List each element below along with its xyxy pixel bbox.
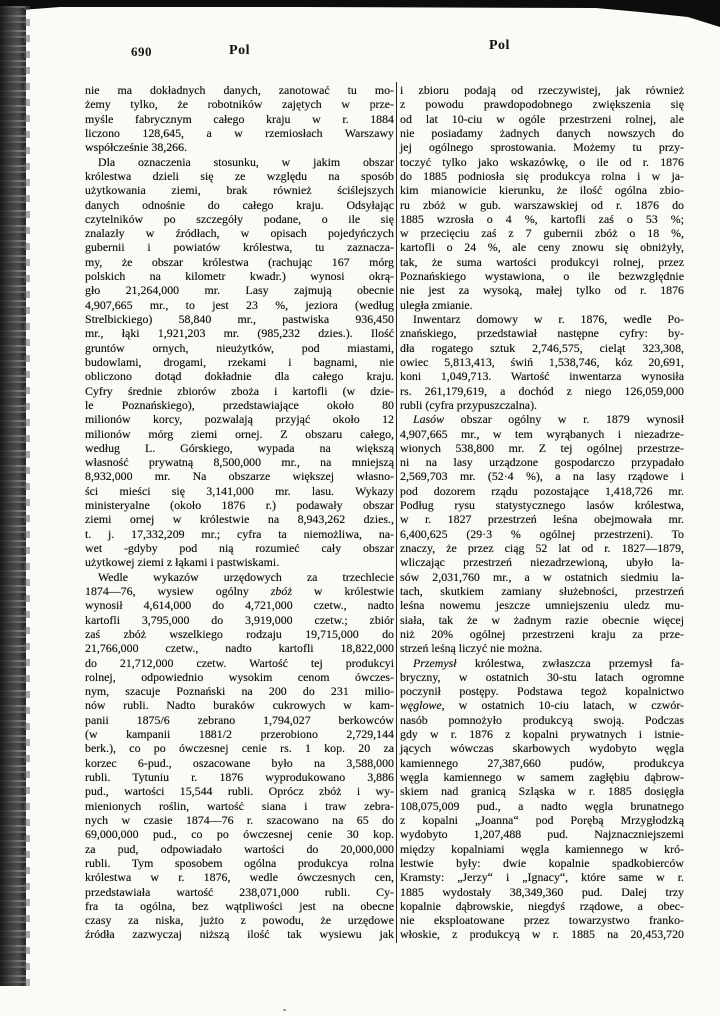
text-line: według L. Górskiego, wypada na większą — [85, 441, 394, 455]
text-line: ści mieści się 3,141,000 mr. lasu. Wykaz… — [85, 484, 394, 498]
text-line: nie jest za wysoką, małej tylko od r. 18… — [400, 283, 684, 297]
text-line: 1885 wydostały 38,349,360 pud. Dalej trz… — [400, 885, 684, 899]
text-line: kartofli 3,795,000 do 3,919,000 czetw.; … — [85, 613, 394, 627]
text-line: skiem nad granicą Szląska w r. 1885 dosi… — [400, 784, 684, 798]
text-line: niż 20% ogólnej przestrzeni kraju za prz… — [400, 627, 684, 641]
text-line: rs. 261,179,619, a dochód z niego 126,05… — [400, 384, 684, 398]
text-line: z kopalni „Joanna“ pod Porębą Mrzygłodzk… — [400, 813, 684, 827]
text-line: 69,000,000 pud., co po ówczesnej cenie 3… — [85, 827, 394, 841]
text-line: współcześnie 38,266. — [85, 140, 394, 154]
text-line: bryczny, w ostatnich 30-stu latach ogrom… — [400, 670, 684, 684]
paragraph: Przemysł królestwa, zwłaszcza przemysł f… — [400, 656, 684, 942]
text-line: kim mianowicie kierunku, że ilość ogólna… — [400, 183, 684, 197]
text-line: siała, tak że w żadnym razie obecnie wię… — [400, 613, 684, 627]
text-line: rubli. Tytuniu r. 1876 wyprodukowano 3,8… — [85, 770, 394, 784]
text-line: polskich na kilometr kwadr.) wynosi okrą… — [85, 269, 394, 283]
scan-speck — [283, 1009, 286, 1011]
text-line: wliczając przestrzeń niezadrzewioną, uby… — [400, 555, 684, 569]
text-line: rubli. Tym sposobem ogólna produkcya rol… — [85, 856, 394, 870]
text-line: danych odnośnie do całego kraju. Odsyłaj… — [85, 198, 394, 212]
text-line: znaczy, że przez ciąg 52 lat od r. 1827—… — [400, 541, 684, 555]
text-line: za pud, odpowiadało wartości do 20,000,0… — [85, 842, 394, 856]
text-line: toczyć tylko jako wskazówkę, o ile od r.… — [400, 155, 684, 169]
text-line: źródła zazwyczaj niższą ilość tak wysiew… — [85, 927, 394, 941]
text-line: uległa zmianie. — [400, 298, 684, 312]
text-line: Cyfry średnie zbiorów zboża i kartofli (… — [85, 384, 394, 398]
text-line: do 21,712,000 czetw. Wartość tej produkc… — [85, 656, 394, 670]
text-line: myśle fabrycznym całego kraju w r. 1884 — [85, 112, 394, 126]
text-line: fra ta ogólna, bez wątpliwości jest na o… — [85, 899, 394, 913]
text-line: tach, skutkiem zamiany służebności, prze… — [400, 584, 684, 598]
text-line: mienionych roślin, wartość siana i traw … — [85, 799, 394, 813]
text-line: zaś zbóż wszelkiego rodzaju 19,715,000 d… — [85, 627, 394, 641]
text-line: użytkowej ziemi z łąkami i pastwiskami. — [85, 555, 394, 569]
text-line: owiec 5,813,413, świń 1,538,746, kóz 20,… — [400, 355, 684, 369]
text-line: nie posiadamy żadnych danych nowszych do — [400, 126, 684, 140]
text-line: t. j. 17,332,209 mr.; cyfra ta niemożliw… — [85, 527, 394, 541]
text-line: milionów korcy, pozwalają przyjąć około … — [85, 412, 394, 426]
text-line: czytelników po szczegóły podane, o ile s… — [85, 212, 394, 226]
text-line: jej ogólnego sprostowania. Możemy tu prz… — [400, 140, 684, 154]
scan-edge-left — [0, 6, 26, 986]
text-line: (w kampanii 1881/2 przerobiono 2,729,144 — [85, 727, 394, 741]
text-line: strzeń leśną liczyć nie można. — [400, 641, 684, 655]
text-line: do 1885 podniosła się produkcya rolna i … — [400, 169, 684, 183]
text-line: królestwa w r. 1876, wedle ówczesnych ce… — [85, 870, 394, 884]
text-line: przedstawiała wartość 238,071,000 rubli.… — [85, 885, 394, 899]
text-line: 108,075,009 pud., a nadto węgla brunatne… — [400, 799, 684, 813]
text-line: budowlami, drogami, rzekami i bagnami, n… — [85, 355, 394, 369]
text-line: dła rogatego sztuk 2,746,575, cieląt 323… — [400, 341, 684, 355]
text-line: obliczono dotąd dokładnie dla całego kra… — [85, 369, 394, 383]
text-line: z powodu prawdopodobnego zwiększenia się — [400, 97, 684, 111]
text-line: nasób pomnożyło produkcyą swoją. Podczas — [400, 713, 684, 727]
text-line: węgla kamiennego w samem zagłębiu dąbrow… — [400, 770, 684, 784]
text-line: 2,569,703 mr. (52·4 %), a na lasy rządow… — [400, 469, 684, 483]
text-line: znalazły w źródłach, w opisach pojedyńcz… — [85, 226, 394, 240]
text-line: jących wówczas skarbowych wydobyto węgla — [400, 741, 684, 755]
text-line: Przemysł królestwa, zwłaszcza przemysł f… — [400, 656, 684, 670]
paragraph: Wedle wykazów urzędowych za trzechlecie1… — [85, 570, 394, 942]
text-line: rubli (cyfra przypuszczalna). — [400, 398, 684, 412]
text-line: nych w czasie 1874—76 r. szacowano na 65… — [85, 813, 394, 827]
text-line: leśna nowemu jeszcze umniejszeniu uledz … — [400, 598, 684, 612]
text-line: my, że obszar królestwa (rachując 167 mó… — [85, 255, 394, 269]
scan-edge-top — [0, 0, 720, 30]
text-line: królestwa dzieli się ze względu na sposó… — [85, 169, 394, 183]
text-line: lestwie były: dwie kopalnie spadkobiercó… — [400, 856, 684, 870]
paragraph: Lasów obszar ogólny w r. 1879 wynosił4,9… — [400, 412, 684, 655]
text-line: 4,907,665 mr., to jest 23 %, jeziora (we… — [85, 298, 394, 312]
text-line: gubernii i powiatów królestwa, tu zaznac… — [85, 240, 394, 254]
column-divider-rule — [396, 82, 397, 943]
text-line: 6,400,625 (29·3 % ogólnej przestrzeni). … — [400, 527, 684, 541]
text-column-left: nie ma dokładnych danych, zanotować tu m… — [85, 83, 394, 942]
text-line: pud., wartości 15,544 rubli. Oprócz zbóż… — [85, 784, 394, 798]
text-line: Kramsty: „Jerzy“ i „Ignacy“, które same … — [400, 870, 684, 884]
text-line: gło 21,264,000 mr. Lasy zajmują obecnie — [85, 283, 394, 297]
text-line: Dla oznaczenia stosunku, w jakim obszar — [85, 155, 394, 169]
text-line: poczynił postępy. Podstawa tegoż kopalni… — [400, 684, 684, 698]
text-line: Strelbickiego) 58,840 mr., pastwiska 936… — [85, 312, 394, 326]
text-line: sów 2,031,760 mr., a w ostatnich siedmiu… — [400, 570, 684, 584]
text-line: kopalnie dąbrowskie, niegdyś rządowe, a … — [400, 899, 684, 913]
text-line: węglowe, w ostatnich 10-ciu latach, w cz… — [400, 698, 684, 712]
text-line: 1885 wzrosła o 4 %, kartofli zaś o 53 %; — [400, 212, 684, 226]
text-line: użytkowania ziemi, brak również ściślejs… — [85, 183, 394, 197]
text-line: mr., łąki 1,921,203 mr. (985,232 dzies.)… — [85, 326, 394, 340]
text-line: koni 1,049,713. Wartość inwentarza wynos… — [400, 369, 684, 383]
text-line: wet -gdyby pod nią rozumieć cały obszar — [85, 541, 394, 555]
text-line: w przecięciu zaś z 7 gubernii zbóż o 18 … — [400, 226, 684, 240]
paragraph: i zbioru podają od rzeczywistej, jak rów… — [400, 83, 684, 312]
text-line: czasy za niska, jużto z powodu, że urzęd… — [85, 913, 394, 927]
running-head-left: Pol — [85, 43, 394, 59]
paragraph: nie ma dokładnych danych, zanotować tu m… — [85, 83, 394, 155]
text-line: le Poznańskiego), przedstawiające około … — [85, 398, 394, 412]
text-line: ni na lasy urządzone gospodarczo przypad… — [400, 455, 684, 469]
text-line: nie eksploatowane przez towarzystwo fran… — [400, 913, 684, 927]
text-line: liczono 128,645, a w rzemiosłach Warszaw… — [85, 126, 394, 140]
text-line: wionych 538,800 mr. Z tej ogólnej przest… — [400, 441, 684, 455]
text-line: korzec 6-pud., oszacowane było na 3,588,… — [85, 756, 394, 770]
text-line: ministeryalne (około 1876 r.) podawały o… — [85, 498, 394, 512]
text-line: nów rubli. Nadto buraków cukrowych w kam… — [85, 698, 394, 712]
text-line: między kopalniami węgla kamiennego w kró… — [400, 842, 684, 856]
text-line: gdy w r. 1876 z kopalni prywatnych i ist… — [400, 727, 684, 741]
text-line: rolnej, odpowiednio wysokim cenom ówczes… — [85, 670, 394, 684]
text-line: własność prywatną 8,500,000 mr., na mnie… — [85, 455, 394, 469]
text-line: pod dozorem rządu pozostające 1,418,726 … — [400, 484, 684, 498]
text-line: 8,932,000 mr. Na obszarze większej własn… — [85, 469, 394, 483]
text-line: milionów mórg ziemi ornej. Z obszaru cał… — [85, 427, 394, 441]
text-line: włoskie, z produkcyą w r. 1885 na 20,453… — [400, 927, 684, 941]
paragraph: Inwentarz domowy w r. 1876, wedle Po-zna… — [400, 312, 684, 412]
text-line: gruntów ornych, nieużytków, pod miastami… — [85, 341, 394, 355]
text-line: 1874—76, wysiew ogólny zbóż w królestwie — [85, 584, 394, 598]
text-line: Poznańskiego wystawiona, o ile bezwzględ… — [400, 269, 684, 283]
text-line: ru zbóż w gub. warszawskiej od r. 1876 d… — [400, 198, 684, 212]
text-line: berk.), co po ówczesnej cenie rs. 1 kop.… — [85, 741, 394, 755]
paragraph: Dla oznaczenia stosunku, w jakim obszark… — [85, 155, 394, 570]
text-line: wynosił 4,614,000 do 4,721,000 czetw., n… — [85, 598, 394, 612]
text-column-right: i zbioru podają od rzeczywistej, jak rów… — [400, 83, 684, 942]
text-line: tak, że suma wartości produkcyi rolnej, … — [400, 255, 684, 269]
text-line: panii 1875/6 zebrano 1,794,027 berkowców — [85, 713, 394, 727]
text-line: wydobyto 1,207,488 pud. Najznaczniejszem… — [400, 827, 684, 841]
text-line: od lat 10-ciu w ogóle przestrzeni rolnej… — [400, 112, 684, 126]
text-line: kartofli o 24 %, ale ceny znowu się obni… — [400, 240, 684, 254]
text-line: kamiennego 27,387,660 pudów, produkcya — [400, 756, 684, 770]
running-head-right: Pol — [489, 38, 510, 54]
text-line: w r. 1827 przestrzeń leśna obejmowała mr… — [400, 512, 684, 526]
text-line: Podług rysu statystycznego lasów królest… — [400, 498, 684, 512]
text-line: nym, szacuje Poznański na 200 do 231 mil… — [85, 684, 394, 698]
text-line: 4,907,665 mr., w tem wyrąbanych i niezad… — [400, 427, 684, 441]
text-line: 21,766,000 czetw., nadto kartofli 18,822… — [85, 641, 394, 655]
text-line: nie ma dokładnych danych, zanotować tu m… — [85, 83, 394, 97]
text-line: ziemi ornej w królestwie na 8,943,262 dz… — [85, 512, 394, 526]
text-line: Wedle wykazów urzędowych za trzechlecie — [85, 570, 394, 584]
text-line: Inwentarz domowy w r. 1876, wedle Po- — [400, 312, 684, 326]
text-line: i zbioru podają od rzeczywistej, jak rów… — [400, 83, 684, 97]
text-line: Lasów obszar ogólny w r. 1879 wynosił — [400, 412, 684, 426]
text-line: znańskiego, przedstawiał następne cyfry:… — [400, 326, 684, 340]
text-line: żemy tylko, że robotników zajętych w prz… — [85, 97, 394, 111]
